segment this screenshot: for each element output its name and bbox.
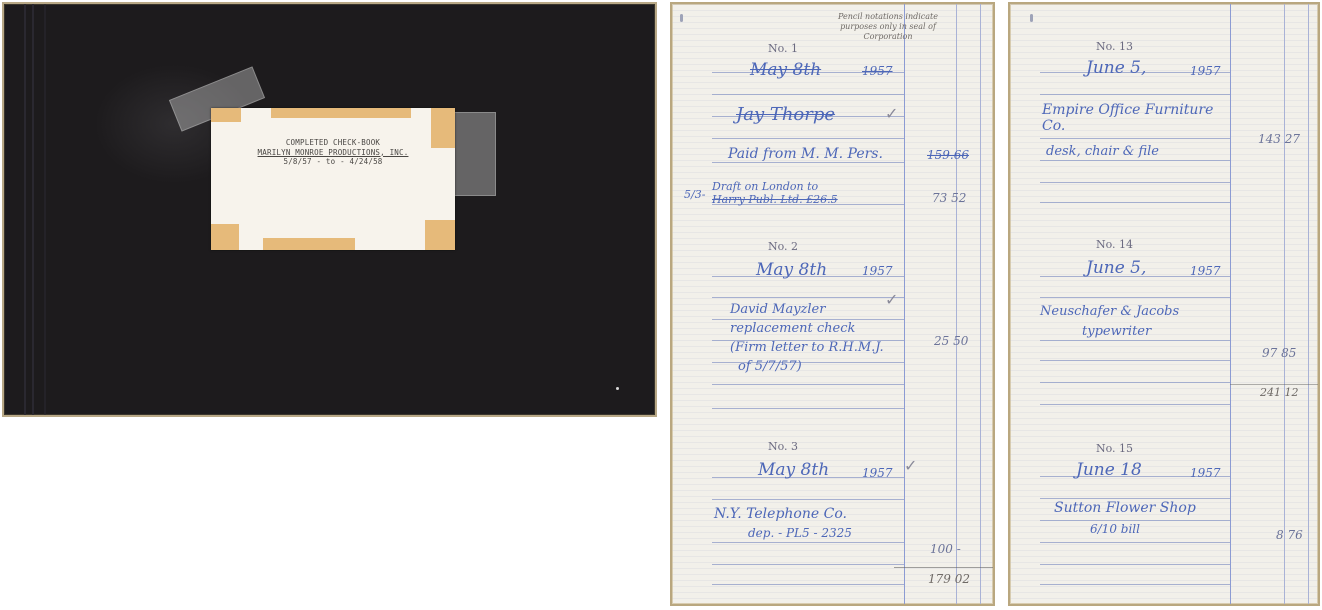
payee: N.Y. Telephone Co. bbox=[714, 506, 847, 522]
check-year: 1957 bbox=[1190, 64, 1221, 78]
page-total: 179 02 bbox=[928, 572, 970, 586]
amount-column-line bbox=[1230, 4, 1231, 604]
spine-line bbox=[32, 4, 34, 415]
memo: 6/10 bill bbox=[1090, 522, 1140, 536]
payee: Neuschafer & Jacobs bbox=[1040, 304, 1179, 319]
cents-column-line bbox=[1284, 4, 1285, 604]
payee: Jay Thorpe bbox=[736, 104, 835, 125]
tape-corner bbox=[211, 224, 239, 250]
check-year: 1957 bbox=[1190, 466, 1221, 480]
payee: Empire Office Furniture Co. bbox=[1042, 102, 1234, 134]
draft-memo: Draft on London to Harry Publ. Ltd. £26.… bbox=[712, 180, 838, 206]
binding-hole bbox=[1030, 14, 1033, 22]
check-date: June 5, bbox=[1086, 258, 1146, 278]
memo: desk, chair & file bbox=[1046, 144, 1159, 159]
check-date: June 5, bbox=[1086, 58, 1146, 78]
payee-and-memo: David Mayzler replacement check (Firm le… bbox=[730, 300, 884, 376]
tape-strip-bottom bbox=[263, 238, 355, 250]
amount: 25 50 bbox=[934, 334, 968, 348]
check-number: No. 1 bbox=[768, 42, 798, 55]
binding-hole bbox=[680, 14, 683, 22]
amount: 159.66 bbox=[927, 148, 969, 162]
check-number: No. 15 bbox=[1096, 442, 1133, 455]
check-year: 1957 bbox=[862, 64, 893, 78]
spine-line bbox=[44, 4, 46, 415]
checkmark: ✓ bbox=[904, 456, 917, 475]
margin-column-line bbox=[980, 4, 981, 604]
amount: 8 76 bbox=[1276, 528, 1303, 542]
page-subtotal: 241 12 bbox=[1260, 386, 1299, 399]
checkmark: ✓ bbox=[885, 290, 898, 309]
margin-column-line bbox=[1308, 4, 1309, 604]
check-number: No. 3 bbox=[768, 440, 798, 453]
typed-label: COMPLETED CHECK-BOOK MARILYN MONROE PROD… bbox=[211, 138, 455, 167]
check-date: May 8th bbox=[756, 260, 827, 280]
check-date: May 8th bbox=[758, 460, 829, 480]
dust-speck bbox=[616, 387, 619, 390]
payee: Sutton Flower Shop bbox=[1054, 500, 1196, 516]
label-line-dates: 5/8/57 - to - 4/24/58 bbox=[211, 157, 455, 167]
label-line-company: MARILYN MONROE PRODUCTIONS, INC. bbox=[211, 148, 455, 158]
tape-corner bbox=[211, 108, 241, 122]
amount: 100 - bbox=[930, 542, 961, 556]
check-number: No. 14 bbox=[1096, 238, 1133, 251]
check-date: June 18 bbox=[1076, 460, 1142, 480]
memo: Paid from M. M. Pers. bbox=[728, 146, 883, 162]
check-date: May 8th bbox=[750, 60, 821, 80]
memo: dep. - PL5 - 2325 bbox=[748, 526, 852, 540]
memo: typewriter bbox=[1082, 324, 1151, 339]
tape-corner bbox=[425, 220, 455, 250]
spine-line bbox=[24, 4, 26, 415]
check-year: 1957 bbox=[862, 466, 893, 480]
check-number: No. 13 bbox=[1096, 40, 1133, 53]
ledger-page-left: Pencil notations indicate purposes only … bbox=[670, 2, 995, 606]
amount: 143 27 bbox=[1258, 132, 1300, 146]
ledger-page-right: No. 13 June 5, 1957 Empire Office Furnit… bbox=[1008, 2, 1320, 606]
cents-column-line bbox=[956, 4, 957, 604]
pencil-note: Pencil notations indicate purposes only … bbox=[838, 12, 938, 42]
check-year: 1957 bbox=[862, 264, 893, 278]
draft-date: 5/3- bbox=[684, 188, 705, 201]
amount: 73 52 bbox=[932, 191, 966, 205]
label-line-title: COMPLETED CHECK-BOOK bbox=[211, 138, 455, 148]
amount: 97 85 bbox=[1262, 346, 1296, 360]
check-number: No. 2 bbox=[768, 240, 798, 253]
tape-strip-top bbox=[271, 108, 411, 118]
check-year: 1957 bbox=[1190, 264, 1221, 278]
checkbook-cover: COMPLETED CHECK-BOOK MARILYN MONROE PROD… bbox=[2, 2, 657, 417]
clear-tape-right bbox=[452, 112, 496, 196]
amount-column-line bbox=[904, 4, 905, 604]
cover-label-card: COMPLETED CHECK-BOOK MARILYN MONROE PROD… bbox=[211, 108, 455, 250]
total-rule bbox=[894, 567, 994, 568]
checkmark: ✓ bbox=[885, 104, 898, 123]
subtotal-rule bbox=[1230, 384, 1320, 385]
